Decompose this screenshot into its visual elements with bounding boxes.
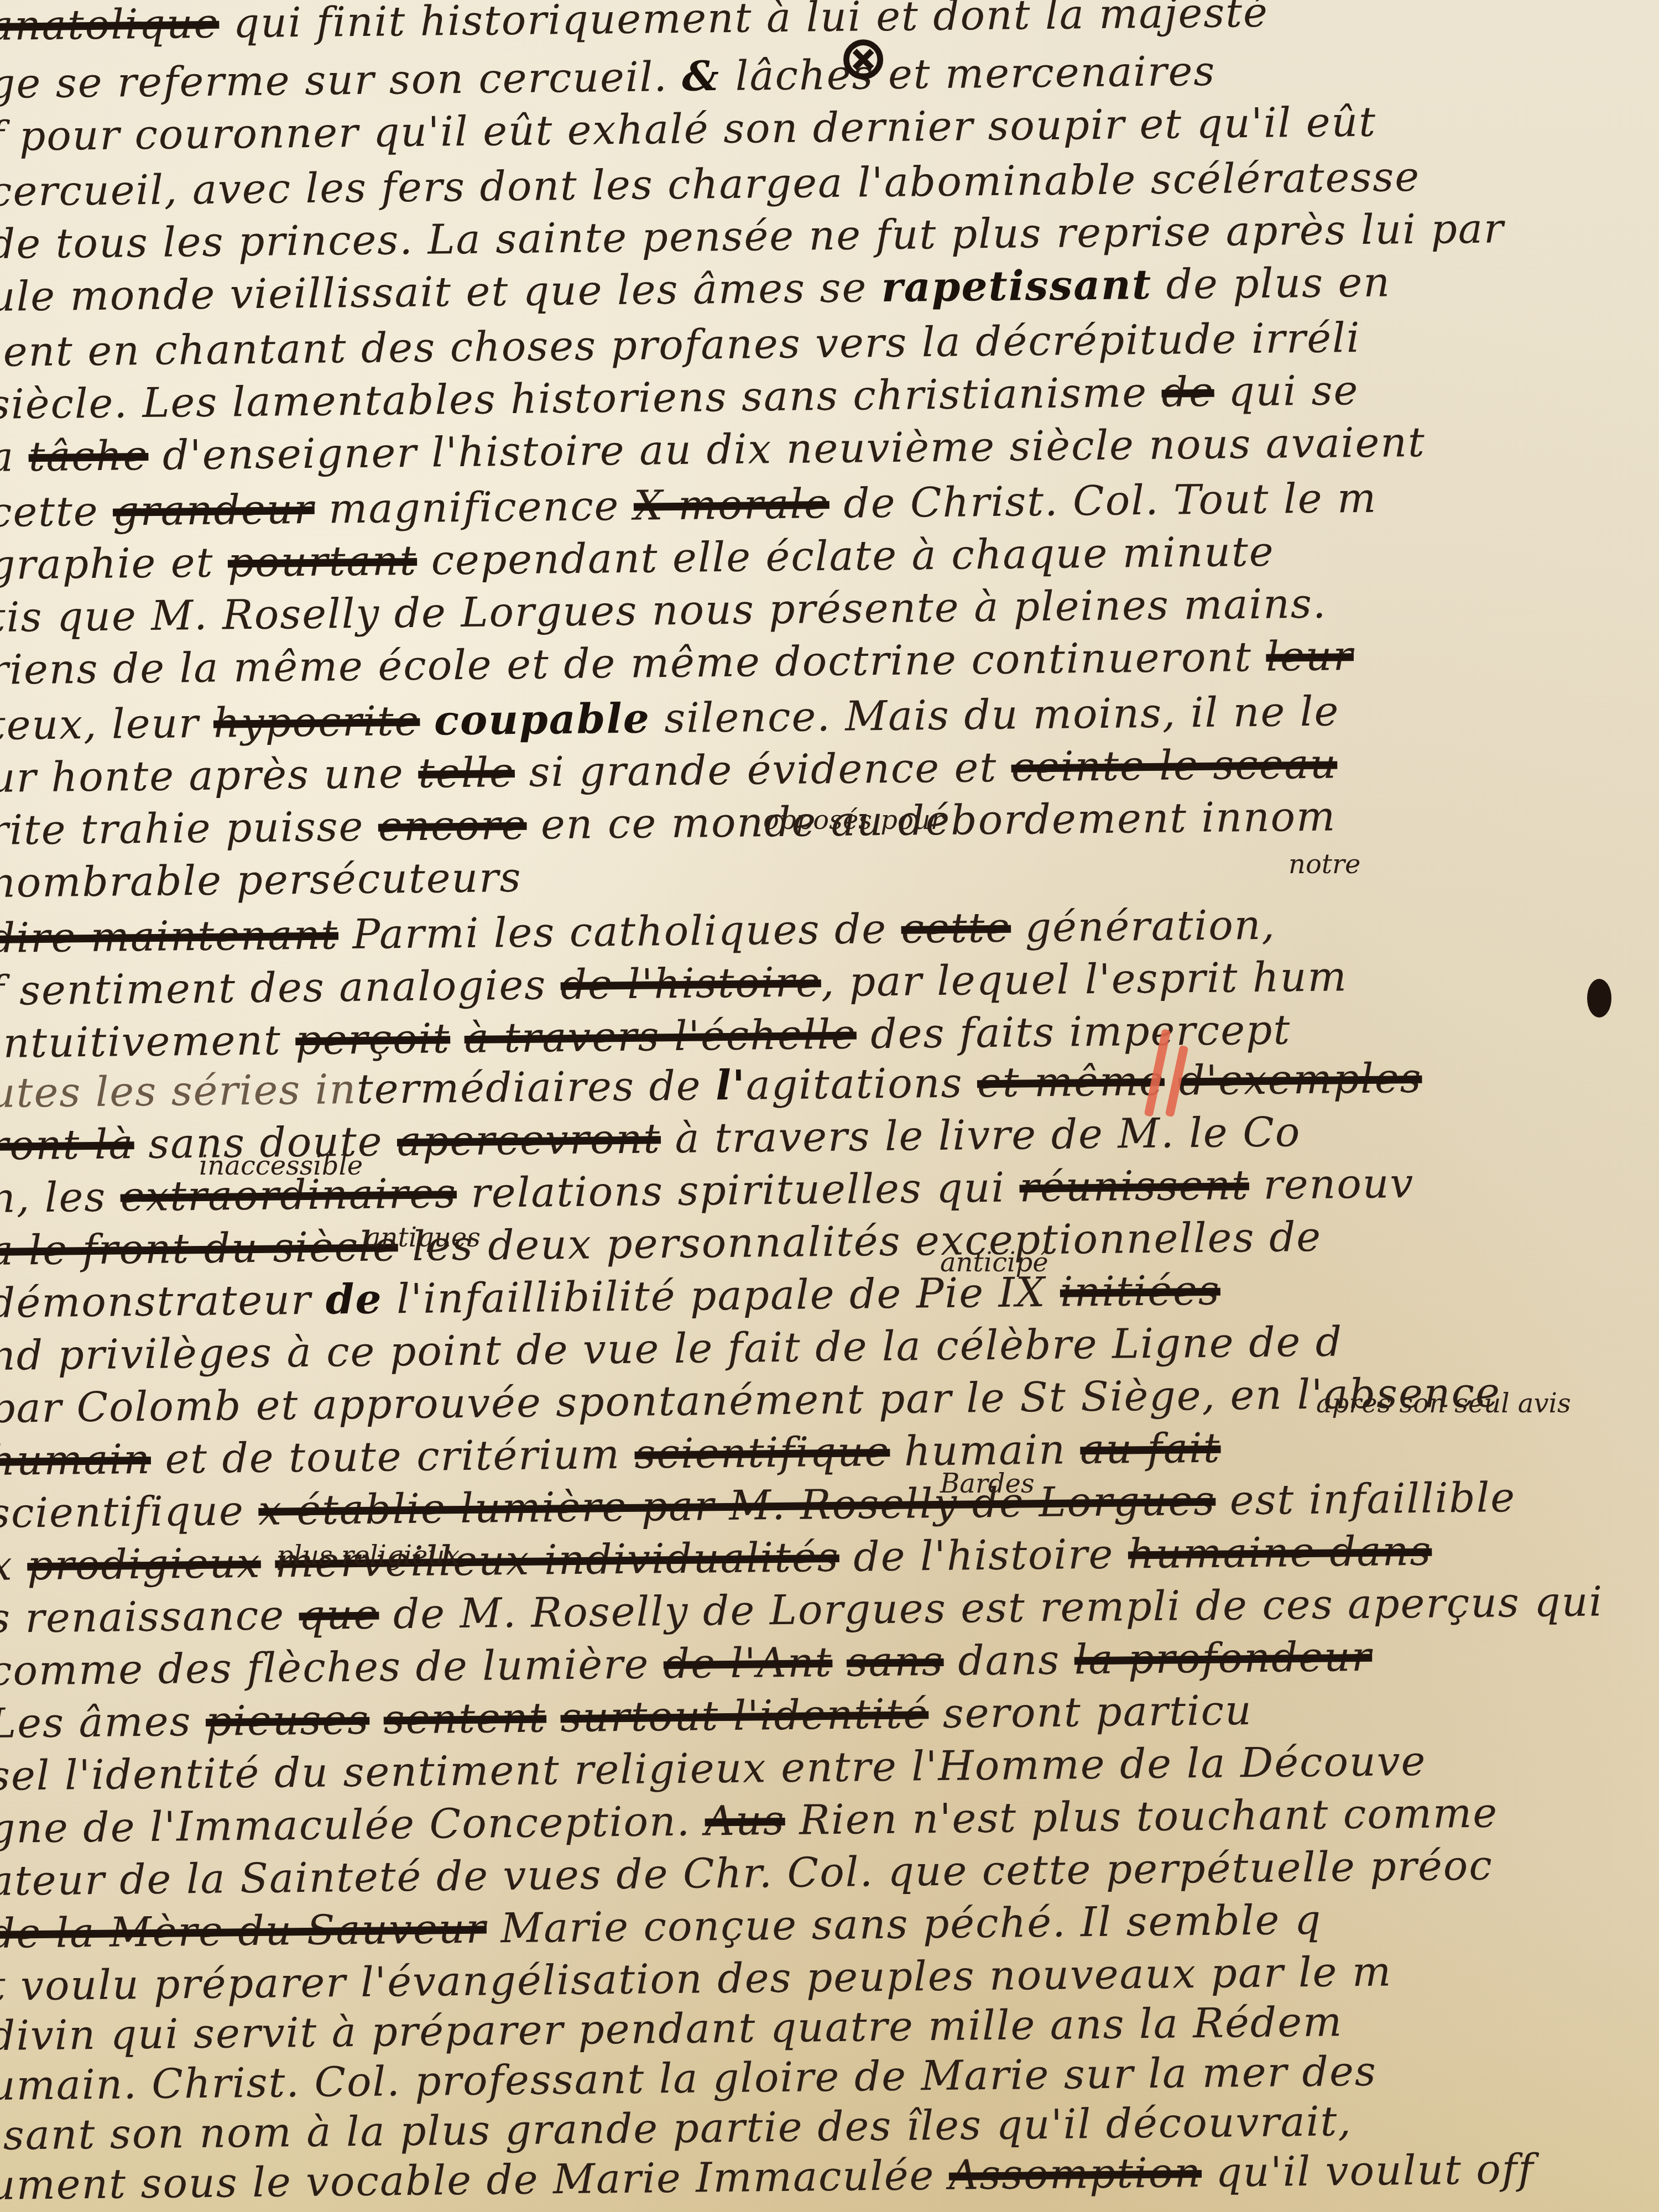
- manuscript-line: de la Mère du Sauveur Marie conçue sans …: [0, 1900, 1322, 1954]
- struck-text: x établie lumière par M. Roselly de Lorg…: [258, 1477, 1216, 1535]
- struck-text: humaine dans: [1128, 1527, 1432, 1578]
- line-text: rite trahie puisse: [0, 803, 378, 854]
- struck-text: initiées: [1060, 1267, 1220, 1316]
- insertion-cross-icon: ⊗: [838, 22, 889, 93]
- line-text: seront particu: [928, 1687, 1253, 1738]
- struck-text: la profondeur: [1074, 1633, 1372, 1684]
- interlinear-insertion: anticipé: [940, 1247, 1048, 1278]
- manuscript-line: isant son nom à la plus grande partie de…: [0, 2101, 1352, 2156]
- manuscript-line: graphie et pourtant cependant elle éclat…: [0, 531, 1275, 586]
- line-text: de plus en: [1152, 258, 1391, 309]
- line-text: dans: [943, 1636, 1074, 1684]
- manuscript-line: ateur de la Sainteté de vues de Chr. Col…: [0, 1845, 1493, 1902]
- struck-text: à travers l'échelle: [464, 1011, 857, 1062]
- manuscript-line: intuitivement perçoit à travers l'échell…: [0, 1009, 1291, 1064]
- manuscript-line: dire maintenant Parmi les catholiques de…: [0, 905, 1276, 959]
- manuscript-line: ur honte après une telle si grande évide…: [0, 743, 1338, 799]
- line-text: ur honte: [0, 752, 189, 802]
- manuscript-line: sel l'identité du sentiment religieux en…: [0, 1741, 1427, 1797]
- struck-text: a le front du siècle: [0, 1223, 398, 1275]
- line-text: démonstrateur: [0, 1276, 326, 1327]
- interlinear-insertion: plus religieux: [276, 1540, 460, 1571]
- line-text: de M. Roselly de Lorgues est rempli de c…: [379, 1578, 1604, 1638]
- line-text: gne de l'Immaculée Conception.: [0, 1797, 705, 1853]
- manuscript-line: t voulu préparer l'évangélisation des pe…: [0, 1951, 1392, 2007]
- manuscript-line: par Colomb et approuvée spontanément par…: [0, 1372, 1501, 1429]
- manuscript-line: teux, leur hypocrite coupable silence. M…: [0, 691, 1340, 746]
- struck-text: perçoit: [295, 1015, 451, 1064]
- line-text: de Christ. Col. Tout le m: [829, 474, 1377, 528]
- line-text: qui finit historiquement à lui et dont l…: [219, 0, 1269, 48]
- struck-text: sentent: [383, 1694, 546, 1743]
- line-text: Parmi les catholiques de: [338, 905, 902, 959]
- struck-text: prodigieux: [27, 1540, 261, 1589]
- struck-text: et même: [977, 1057, 1165, 1107]
- interlinear-insertion: notre: [1288, 849, 1360, 880]
- struck-text: d'exemples: [1178, 1055, 1422, 1105]
- struck-text: de: [1161, 368, 1214, 416]
- line-text: de tous les princes. La sainte pensée ne…: [0, 205, 1505, 268]
- line-text: a: [0, 433, 29, 481]
- line-text: ule monde vieillissait et que les âmes s…: [0, 264, 881, 321]
- manuscript-line: s renaissance que de M. Roselly de Lorgu…: [0, 1581, 1603, 1639]
- manuscript-line: Les âmes pieuses sentent surtout l'ident…: [0, 1690, 1253, 1744]
- manuscript-line: gne de l'Immaculée Conception. Aus Rien …: [0, 1792, 1498, 1849]
- manuscript-line: comme des flèches de lumière de l'Ant sa…: [0, 1636, 1373, 1692]
- struck-text: scientifique: [634, 1428, 890, 1478]
- line-text: n, les: [0, 1173, 121, 1222]
- struck-text: humain: [0, 1436, 151, 1485]
- line-text: des faits impercept: [856, 1006, 1291, 1058]
- struck-text: pourtant: [227, 537, 417, 587]
- line-text: ge se referme sur son cercueil.: [0, 53, 682, 108]
- line-text: riens de la même école et de même doctri…: [0, 633, 1266, 694]
- struck-text: encore: [378, 801, 527, 851]
- line-text: Les âmes: [0, 1698, 206, 1747]
- manuscript-line: humain et de toute critérium scientifiqu…: [0, 1428, 1221, 1481]
- manuscript-line: ient en chantant des choses profanes ver…: [0, 317, 1361, 373]
- manuscript-line: divin qui servit à préparer pendant quat…: [0, 2001, 1343, 2057]
- manuscript-line: cercueil, avec les fers dont les chargea…: [0, 156, 1420, 212]
- line-text: [546, 1694, 561, 1741]
- struck-text: au fait: [1080, 1425, 1221, 1474]
- manuscript-line: cette grandeur magnificence X morale de …: [0, 478, 1378, 533]
- manuscript-page: anatolique qui finit historiquement à lu…: [0, 0, 1659, 2212]
- line-text: de l'histoire: [839, 1530, 1128, 1580]
- manuscript-line: riens de la même école et de même doctri…: [0, 635, 1354, 691]
- line-text: et de toute critérium: [150, 1431, 635, 1483]
- manuscript-line: a tâche d'enseigner l'histoire au dix ne…: [0, 422, 1426, 478]
- line-text: utes les séries in: [0, 1066, 357, 1117]
- manuscript-line: ule monde vieillissait et que les âmes s…: [0, 262, 1391, 317]
- struck-text: de l'Ant: [663, 1639, 832, 1688]
- line-text: comme des flèches de lumière: [0, 1640, 664, 1695]
- line-text: siècle. Les lamentables historiens sans …: [0, 369, 1162, 429]
- ink-blot: [1587, 979, 1611, 1018]
- manuscript-line: utes les séries intermédiaires de l'agit…: [0, 1058, 1422, 1114]
- line-text: cercueil, avec les fers dont les chargea…: [0, 153, 1421, 216]
- struck-text: ront là: [0, 1120, 134, 1170]
- line-text: [450, 1015, 465, 1062]
- struck-text: anatolique: [0, 0, 220, 50]
- struck-text: que: [299, 1591, 379, 1640]
- line-text: scientifique: [0, 1487, 259, 1537]
- manuscript-line: tis que M. Roselly de Lorgues nous prése…: [0, 583, 1327, 638]
- struck-text: surtout l'identité: [560, 1690, 929, 1741]
- struck-text: réunissent: [1019, 1161, 1249, 1211]
- line-text: l': [716, 1062, 747, 1110]
- line-text: ateur de la Sainteté de vues de Chr. Col…: [0, 1842, 1493, 1905]
- struck-text: Aus: [705, 1797, 785, 1845]
- line-text: les deux personnalités exceptionnelles d…: [398, 1213, 1322, 1270]
- line-text: [832, 1639, 847, 1686]
- line-text: de: [325, 1276, 383, 1324]
- manuscript-line: nombrable persécuteurs: [0, 857, 522, 904]
- struck-text: Assomption: [948, 2149, 1202, 2199]
- manuscript-line: de tous les princes. La sainte pensée ne…: [0, 208, 1505, 265]
- line-text: génération,: [1011, 901, 1276, 952]
- struck-text: de l'histoire: [560, 958, 821, 1009]
- line-text: tis que M. Roselly de Lorgues nous prése…: [0, 580, 1327, 641]
- line-text: f pour couronner qu'il eût exhalé son de…: [0, 98, 1376, 160]
- line-text: silence. Mais du moins, il ne le: [650, 687, 1339, 742]
- manuscript-line: umain. Christ. Col. professant la gloire…: [0, 2051, 1377, 2106]
- struck-text: grandeur: [113, 486, 315, 535]
- manuscript-line: x prodigieux merveilleux individualités …: [0, 1531, 1432, 1587]
- line-text: graphie et: [0, 539, 228, 589]
- line-text: s renaissance: [0, 1592, 299, 1642]
- line-text: ument sous le vocable de Marie Immaculée: [0, 2152, 949, 2209]
- line-text: est infaillible: [1215, 1474, 1516, 1525]
- struck-text: ceinte le sceau: [1011, 740, 1337, 791]
- struck-text: tâche: [28, 432, 149, 481]
- line-text: [260, 1540, 275, 1587]
- line-text: agitations: [745, 1059, 977, 1109]
- manuscript-line: nd privilèges à ce point de vue le fait …: [0, 1321, 1343, 1376]
- line-text: coupable: [434, 695, 650, 744]
- line-text: nd privilèges à ce point de vue le fait …: [0, 1318, 1343, 1380]
- line-text: après une: [189, 750, 419, 800]
- struck-text: dire maintenant: [0, 911, 338, 962]
- manuscript-line: rite trahie puisse encore en ce monde au…: [0, 796, 1337, 851]
- manuscript-line: f pour couronner qu'il eût exhalé son de…: [0, 102, 1376, 157]
- manuscript-line: ront là sans doute apercevront à travers…: [0, 1112, 1301, 1166]
- struck-text: X morale: [633, 480, 830, 530]
- manuscript-line: a le front du siècle les deux personnali…: [0, 1217, 1322, 1271]
- line-text: Rien n'est plus touchant comme: [785, 1789, 1498, 1844]
- manuscript-line: f sentiment des analogies de l'histoire,…: [0, 956, 1348, 1011]
- line-text: d'enseigner l'histoire au dix neuvième s…: [148, 419, 1426, 479]
- line-text: x: [0, 1542, 28, 1590]
- line-text: par Colomb et approuvée spontanément par…: [0, 1369, 1501, 1432]
- line-text: f sentiment des analogies: [0, 961, 561, 1015]
- line-text: intuitivement: [0, 1016, 296, 1067]
- line-text: cette: [0, 488, 113, 536]
- line-text: sel l'identité du sentiment religieux en…: [0, 1738, 1427, 1800]
- manuscript-line: ge se referme sur son cercueil. & lâches…: [0, 51, 1216, 105]
- line-text: [369, 1696, 384, 1744]
- line-text: qui se: [1214, 367, 1359, 416]
- manuscript-line: démonstrateur de l'infaillibilité papale…: [0, 1270, 1220, 1324]
- struck-text: telle: [418, 749, 515, 797]
- struck-text: hypocrite: [213, 697, 420, 747]
- manuscript-line: anatolique qui finit historiquement à lu…: [0, 0, 1269, 46]
- line-text: [420, 697, 434, 745]
- interlinear-insertion: opposés pour: [763, 805, 943, 836]
- line-text: teux, leur: [0, 700, 213, 749]
- line-text: renouv: [1249, 1160, 1414, 1209]
- line-text: relations spirituelles qui: [456, 1164, 1020, 1217]
- line-text: qu'il voulut off: [1202, 2146, 1535, 2197]
- line-text: nombrable persécuteurs: [0, 854, 522, 907]
- interlinear-insertion: après son seul avis: [1316, 1388, 1571, 1419]
- struck-text: pieuses: [206, 1696, 370, 1745]
- manuscript-line: ument sous le vocable de Marie Immaculée…: [0, 2149, 1535, 2206]
- struck-text: cette: [901, 904, 1011, 953]
- manuscript-line: scientifique x établie lumière par M. Ro…: [0, 1477, 1516, 1534]
- struck-text: apercevront: [397, 1115, 661, 1165]
- interlinear-insertion: antiques: [365, 1222, 481, 1253]
- interlinear-insertion: Bardes: [940, 1468, 1035, 1499]
- line-text: &: [682, 53, 735, 101]
- line-text: ient en chantant des choses profanes ver…: [0, 314, 1361, 376]
- line-text: , par lequel l'esprit hum: [821, 953, 1348, 1006]
- line-text: termédiaires de: [357, 1062, 716, 1113]
- struck-text: leur: [1266, 632, 1354, 681]
- line-text: rapetissant: [881, 261, 1152, 311]
- line-text: à travers le livre de M. le Co: [661, 1108, 1301, 1162]
- line-text: Marie conçue sans péché. Il semble q: [486, 1896, 1322, 1953]
- struck-text: sans: [846, 1637, 944, 1686]
- manuscript-line: siècle. Les lamentables historiens sans …: [0, 370, 1359, 425]
- line-text: lâches et mercenaires: [735, 48, 1215, 100]
- interlinear-insertion: inaccessible: [199, 1150, 363, 1181]
- line-text: cependant elle éclate à chaque minute: [417, 528, 1275, 585]
- line-text: si grande évidence et: [514, 744, 1011, 796]
- struck-text: de la Mère du Sauveur: [0, 1905, 487, 1958]
- line-text: magnificence: [314, 482, 634, 533]
